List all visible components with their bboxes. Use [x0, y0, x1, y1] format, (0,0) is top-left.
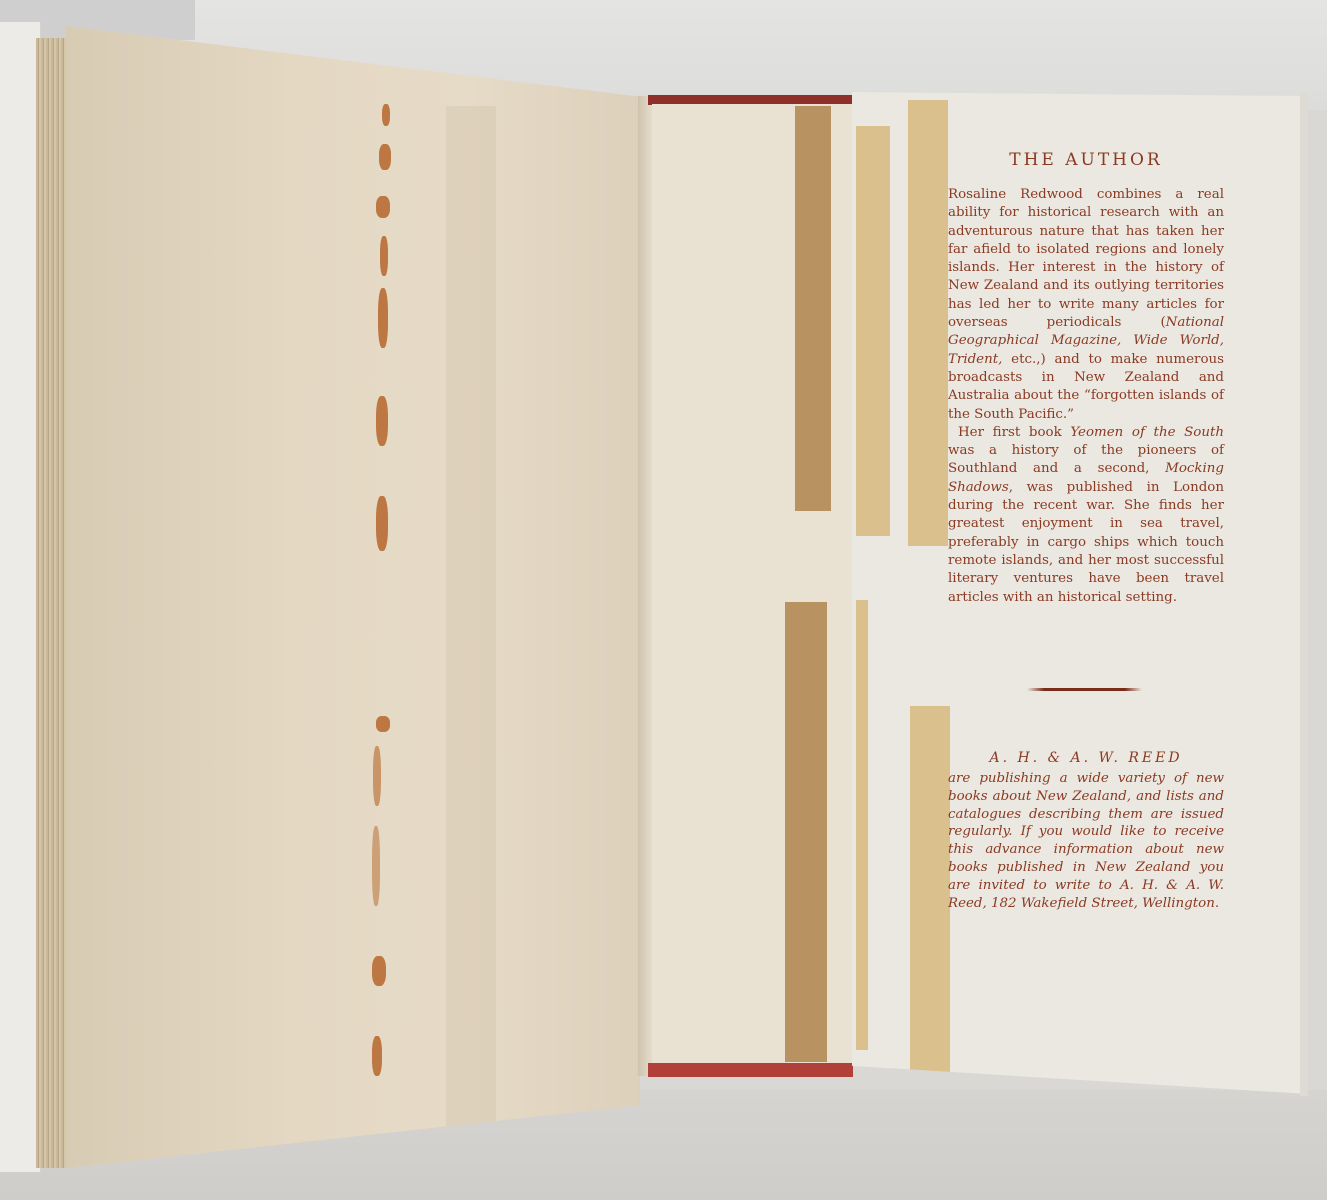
bio-text: Her first book: [958, 425, 1070, 440]
book-front-cover-edge: [0, 22, 41, 1172]
author-section: THE AUTHOR Rosaline Redwood combines a r…: [948, 150, 1224, 607]
tape-stain: [785, 602, 827, 1062]
page-block-edge: [36, 38, 68, 1168]
stain-spot: [373, 746, 381, 806]
stain-spot: [379, 144, 391, 170]
left-endpaper: [66, 26, 640, 1168]
stain-spot: [376, 496, 388, 551]
tape-shadow-band: [446, 106, 496, 1136]
publisher-heading: A. H. & A. W. REED: [948, 750, 1224, 766]
cloth-binding-bottom: [648, 1063, 853, 1077]
stain-spot: [372, 826, 380, 906]
stain-spot: [376, 396, 388, 446]
author-bio-paragraph-2: Her first book Yeomen of the South was a…: [948, 424, 1224, 607]
book-title: Yeomen of the South: [1070, 425, 1224, 440]
tape-stain: [908, 100, 948, 546]
stain-spot: [376, 196, 390, 218]
stain-spot: [372, 956, 386, 986]
stain-spot: [382, 104, 390, 126]
tape-stain: [910, 706, 950, 1076]
publisher-body: are publishing a wide variety of new boo…: [948, 770, 1224, 912]
author-bio-paragraph-1: Rosaline Redwood combines a real ability…: [948, 186, 1224, 424]
decorative-divider: [1027, 688, 1142, 691]
flap-edge: [1300, 92, 1308, 1096]
bio-text: Rosaline Redwood combines a real ability…: [948, 187, 1224, 330]
rear-endpaper: [652, 104, 857, 1066]
stain-spot: [380, 236, 388, 276]
tape-stain: [856, 600, 868, 1050]
tape-stain: [795, 106, 831, 511]
bio-text: , was published in London during the rec…: [948, 480, 1224, 605]
stain-spot: [376, 716, 390, 732]
author-heading: THE AUTHOR: [948, 150, 1224, 170]
publisher-section: A. H. & A. W. REED are publishing a wide…: [948, 750, 1224, 912]
tape-stain: [856, 126, 890, 536]
stain-spot: [378, 288, 388, 348]
stain-spot: [372, 1036, 382, 1076]
